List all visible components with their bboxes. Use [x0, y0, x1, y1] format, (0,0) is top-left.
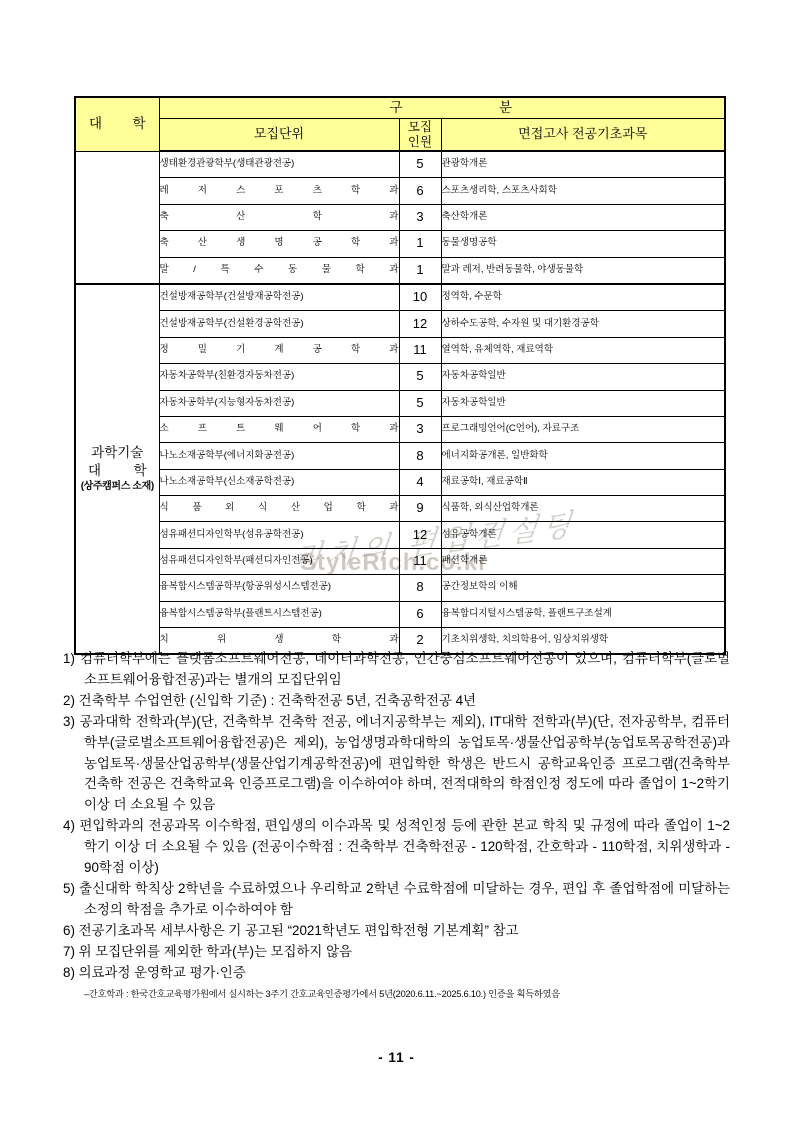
unit-cell: 정밀기계공학과 — [159, 337, 399, 363]
note-item: 3) 공과대학 전학과(부)(단, 건축학부 건축학 전공, 에너지공학부는 제… — [63, 712, 730, 817]
subject-cell: 식품학, 외식산업학개론 — [441, 496, 725, 522]
table-row: 자동차공학부(지능형자동차전공) 5 자동차공학일반 — [75, 390, 725, 416]
unit-cell: 소프트웨어학과 — [159, 416, 399, 442]
subject-cell: 말과 레저, 반려동물학, 야생동물학 — [441, 257, 725, 284]
header-count-label: 모집 인원 — [400, 120, 441, 150]
table-row: 자동차공학부(친환경자동차전공) 5 자동차공학일반 — [75, 364, 725, 390]
unit-cell: 레저스포츠학과 — [159, 178, 399, 204]
subject-cell: 프로그래밍언어(C언어), 자료구조 — [441, 416, 725, 442]
note-text: 편입학과의 전공과목 이수학점, 편입생의 이수과목 및 성적인정 등에 관한 … — [79, 818, 730, 875]
table-row: 나노소재공학부(에너지화공전공) 8 에너지화공개론, 일반화학 — [75, 443, 725, 469]
note-number: 4) — [63, 818, 75, 833]
note-item: 1) 컴퓨터학부에는 플랫폼소프트웨어전공, 데이터과학전공, 인간중심소프트웨… — [63, 649, 730, 691]
note-item: 2) 건축학부 수업연한 (신입학 기준) : 건축학전공 5년, 건축공학전공… — [63, 691, 730, 712]
subject-cell: 에너지화공개론, 일반화학 — [441, 443, 725, 469]
unit-cell: 생태환경관광학부(생태관광전공) — [159, 151, 399, 178]
college-name-line1: 과학기술 — [76, 444, 159, 462]
unit-cell: 융복합시스템공학부(항공위성시스템전공) — [159, 575, 399, 601]
count-cell: 1 — [399, 257, 441, 284]
table-row: 과학기술 대학 (상주캠퍼스 소재) 건설방재공학부(건설방재공학전공) 10 … — [75, 284, 725, 311]
count-cell: 3 — [399, 416, 441, 442]
unit-cell: 자동차공학부(친환경자동차전공) — [159, 364, 399, 390]
count-cell: 4 — [399, 469, 441, 495]
college-cell-empty — [75, 151, 159, 284]
note-number: 1) — [63, 651, 75, 666]
unit-cell: 축산학과 — [159, 204, 399, 230]
subject-cell: 패션학개론 — [441, 548, 725, 574]
count-cell: 11 — [399, 337, 441, 363]
note-text: 의료과정 운영학교 평가·인증 — [79, 965, 246, 980]
header-unit: 모집단위 — [159, 119, 399, 152]
note-number: 7) — [63, 944, 75, 959]
note-text: 공과대학 전학과(부)(단, 건축학부 건축학 전공, 에너지공학부는 제외),… — [79, 714, 730, 813]
unit-cell: 자동차공학부(지능형자동차전공) — [159, 390, 399, 416]
note-item: 5) 출신대학 학칙상 2학년을 수료하였으나 우리학교 2학년 수료학점에 미… — [63, 879, 730, 921]
note-text: 출신대학 학칙상 2학년을 수료하였으나 우리학교 2학년 수료학점에 미달하는… — [79, 881, 730, 917]
unit-cell: 섬유패션디자인학부(섬유공학전공) — [159, 522, 399, 548]
note-number: 8) — [63, 965, 75, 980]
note-sub-item: –간호학과 : 한국간호교육평가원에서 실시하는 3주기 간호교육인증평가에서 … — [63, 984, 730, 1005]
note-number: 3) — [63, 714, 75, 729]
note-text: 컴퓨터학부에는 플랫폼소프트웨어전공, 데이터과학전공, 인간중심소프트웨어전공… — [80, 651, 730, 687]
note-text: 건축학부 수업연한 (신입학 기준) : 건축학전공 5년, 건축공학전공 4년 — [79, 693, 476, 708]
subject-cell: 동물생명공학 — [441, 231, 725, 257]
header-unit-label: 모집단위 — [254, 126, 304, 141]
table-row: 정밀기계공학과 11 열역학, 유체역학, 재료역학 — [75, 337, 725, 363]
subject-cell: 섬유공학개론 — [441, 522, 725, 548]
table-row: 레저스포츠학과 6 스포츠생리학, 스포츠사회학 — [75, 178, 725, 204]
college-name-line2: 대학 — [76, 462, 159, 480]
unit-cell: 식품외식산업학과 — [159, 496, 399, 522]
table-row: 섬유패션디자인학부(패션디자인전공) 11 패션학개론 — [75, 548, 725, 574]
table-row: 축산생명공학과 1 동물생명공학 — [75, 231, 725, 257]
count-cell: 10 — [399, 284, 441, 311]
subject-cell: 관광학개론 — [441, 151, 725, 178]
unit-cell: 나노소재공학부(에너지화공전공) — [159, 443, 399, 469]
subject-cell: 융복합디지털시스템공학, 플랜트구조설계 — [441, 601, 725, 627]
table-row: 나노소재공학부(신소재공학전공) 4 재료공학Ⅰ, 재료공학Ⅱ — [75, 469, 725, 495]
note-item: 8) 의료과정 운영학교 평가·인증 — [63, 963, 730, 984]
count-cell: 11 — [399, 548, 441, 574]
count-cell: 5 — [399, 364, 441, 390]
subject-cell: 정역학, 수문학 — [441, 284, 725, 311]
subject-cell: 자동차공학일반 — [441, 390, 725, 416]
page-number: - 11 - — [0, 1050, 793, 1065]
count-cell: 5 — [399, 390, 441, 416]
header-subject: 면접고사 전공기초과목 — [441, 119, 725, 152]
header-gubun: 구분 — [159, 97, 725, 119]
count-cell: 12 — [399, 522, 441, 548]
count-cell: 8 — [399, 575, 441, 601]
header-subject-label: 면접고사 전공기초과목 — [518, 126, 647, 141]
count-cell: 6 — [399, 178, 441, 204]
table-row: 식품외식산업학과 9 식품학, 외식산업학개론 — [75, 496, 725, 522]
unit-cell: 축산생명공학과 — [159, 231, 399, 257]
table-row: 섬유패션디자인학부(섬유공학전공) 12 섬유공학개론 — [75, 522, 725, 548]
count-cell: 8 — [399, 443, 441, 469]
note-text: 위 모집단위를 제외한 학과(부)는 모집하지 않음 — [79, 944, 352, 959]
note-item: 4) 편입학과의 전공과목 이수학점, 편입생의 이수과목 및 성적인정 등에 … — [63, 816, 730, 879]
table-row: 융복합시스템공학부(항공위성시스템전공) 8 공간정보학의 이해 — [75, 575, 725, 601]
table-row: 생태환경관광학부(생태관광전공) 5 관광학개론 — [75, 151, 725, 178]
unit-cell: 건설방재공학부(건설환경공학전공) — [159, 311, 399, 337]
note-number: 6) — [63, 923, 75, 938]
header-college-label: 대학 — [76, 116, 159, 132]
count-cell: 9 — [399, 496, 441, 522]
header-gubun-label: 구분 — [160, 100, 725, 116]
subject-cell: 자동차공학일반 — [441, 364, 725, 390]
table-row: 융복합시스템공학부(플랜트시스템전공) 6 융복합디지털시스템공학, 플랜트구조… — [75, 601, 725, 627]
subject-cell: 재료공학Ⅰ, 재료공학Ⅱ — [441, 469, 725, 495]
subject-cell: 축산학개론 — [441, 204, 725, 230]
header-college: 대학 — [75, 97, 159, 151]
note-text: 전공기초과목 세부사항은 기 공고된 “2021학년도 편입학전형 기본계획” … — [79, 923, 519, 938]
note-item: 7) 위 모집단위를 제외한 학과(부)는 모집하지 않음 — [63, 942, 730, 963]
college-cell-science-tech: 과학기술 대학 (상주캠퍼스 소재) — [75, 284, 159, 654]
table-row: 축산학과 3 축산학개론 — [75, 204, 725, 230]
college-campus-note: (상주캠퍼스 소재) — [76, 480, 159, 494]
subject-cell: 상하수도공학, 수자원 및 대기환경공학 — [441, 311, 725, 337]
count-cell: 12 — [399, 311, 441, 337]
count-cell: 1 — [399, 231, 441, 257]
document-page: 리치의 편입컨설팅 StyleRich.co.kr 대학 구분 모집단위 모집 … — [0, 0, 793, 1121]
count-cell: 3 — [399, 204, 441, 230]
unit-cell: 건설방재공학부(건설방재공학전공) — [159, 284, 399, 311]
unit-cell: 융복합시스템공학부(플랜트시스템전공) — [159, 601, 399, 627]
footnotes: 1) 컴퓨터학부에는 플랫폼소프트웨어전공, 데이터과학전공, 인간중심소프트웨… — [63, 649, 730, 1004]
table-row: 건설방재공학부(건설환경공학전공) 12 상하수도공학, 수자원 및 대기환경공… — [75, 311, 725, 337]
count-cell: 5 — [399, 151, 441, 178]
admission-units-table: 대학 구분 모집단위 모집 인원 면접고사 전공기초과목 생태환경관광학부(생태… — [74, 96, 726, 655]
table-row: 소프트웨어학과 3 프로그래밍언어(C언어), 자료구조 — [75, 416, 725, 442]
note-item: 6) 전공기초과목 세부사항은 기 공고된 “2021학년도 편입학전형 기본계… — [63, 921, 730, 942]
unit-cell: 섬유패션디자인학부(패션디자인전공) — [159, 548, 399, 574]
note-number: 5) — [63, 881, 75, 896]
subject-cell: 공간정보학의 이해 — [441, 575, 725, 601]
subject-cell: 열역학, 유체역학, 재료역학 — [441, 337, 725, 363]
count-cell: 6 — [399, 601, 441, 627]
table-row: 말/특수동물학과 1 말과 레저, 반려동물학, 야생동물학 — [75, 257, 725, 284]
unit-cell: 말/특수동물학과 — [159, 257, 399, 284]
subject-cell: 스포츠생리학, 스포츠사회학 — [441, 178, 725, 204]
unit-cell: 나노소재공학부(신소재공학전공) — [159, 469, 399, 495]
header-count: 모집 인원 — [399, 119, 441, 152]
note-number: 2) — [63, 693, 75, 708]
